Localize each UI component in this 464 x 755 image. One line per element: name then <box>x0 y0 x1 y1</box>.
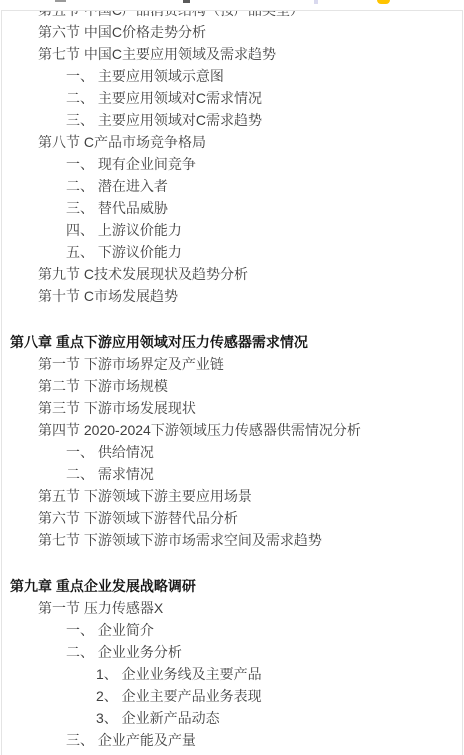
toc-item-label: 第九章 重点企业发展战略调研 <box>10 578 196 594</box>
toc-item: 第三节 下游市场发展现状 <box>2 397 462 419</box>
toc-item: 二、 潜在进入者 <box>2 175 462 197</box>
clipped-text-fragment <box>314 0 318 4</box>
toc-item-label: 二、 主要应用领域对C需求情况 <box>66 90 262 106</box>
toc-item-label: 一、 供给情况 <box>66 444 154 460</box>
toc-item: 第六节 中国C价格走势分析 <box>2 21 462 43</box>
toc-item-label: 第八节 C产品市场竞争格局 <box>38 134 206 150</box>
toc-item-label: 二、 需求情况 <box>66 466 154 482</box>
toc-item-label: 三、 替代品威胁 <box>66 200 168 216</box>
toc-chapter-heading: 第八章 重点下游应用领域对压力传感器需求情况 <box>2 331 462 353</box>
toc-item: 三、 主要应用领域对C需求趋势 <box>2 109 462 131</box>
toc-item-label: 一、 主要应用领域示意图 <box>66 68 224 84</box>
toc-item: 四、 上游议价能力 <box>2 219 462 241</box>
toc-item-label: 二、 潜在进入者 <box>66 178 168 194</box>
toc-item-label: 一、 现有企业间竞争 <box>66 156 196 172</box>
toc-item: 3、 企业新产品动态 <box>2 707 462 729</box>
toc-item-label: 第五节 中国C产品消费结构（按产品类型） <box>38 10 304 18</box>
toc-item-label: 第三节 下游市场发展现状 <box>38 400 196 416</box>
toc-item-label: 第六节 中国C价格走势分析 <box>38 24 206 40</box>
toc-item-label: 五、 下游议价能力 <box>66 244 182 260</box>
toc-item: 一、 企业简介 <box>2 619 462 641</box>
toc-item-label: 三、 主要应用领域对C需求趋势 <box>66 112 262 128</box>
toc-item: 二、 企业业务分析 <box>2 641 462 663</box>
toc-item-label: 2、 企业主要产品业务表现 <box>96 688 262 704</box>
toc-chapter-heading: 第九章 重点企业发展战略调研 <box>2 575 462 597</box>
toc-item: 第二节 下游市场规模 <box>2 375 462 397</box>
toc-item: 第七节 中国C主要应用领域及需求趋势 <box>2 43 462 65</box>
toc-item-label: 第二节 下游市场规模 <box>38 378 168 394</box>
toc-item-label: 1、 企业业务线及主要产品 <box>96 666 262 682</box>
toc-item: 第七节 下游领域下游市场需求空间及需求趋势 <box>2 529 462 551</box>
toc-item-label: 第四节 2020-2024下游领域压力传感器供需情况分析 <box>38 422 361 438</box>
toc-panel: 第五节 中国C产品消费结构（按产品类型）第六节 中国C价格走势分析第七节 中国C… <box>1 10 463 755</box>
toc-item-label: 第一节 下游市场界定及产业链 <box>38 356 224 372</box>
toc-item-label: 第十节 C市场发展趋势 <box>38 288 178 304</box>
clipped-text-fragment <box>55 0 66 2</box>
toc-item: 第五节 中国C产品消费结构（按产品类型） <box>2 10 462 21</box>
toc-item-label: 第六节 下游领域下游替代品分析 <box>38 510 238 526</box>
toc-item: 第五节 下游领域下游主要应用场景 <box>2 485 462 507</box>
toc-item: 第一节 压力传感器X <box>2 597 462 619</box>
toc-item-label: 第七节 中国C主要应用领域及需求趋势 <box>38 46 276 62</box>
toc-item: 一、 主要应用领域示意图 <box>2 65 462 87</box>
clipped-emoji-icon <box>377 0 390 4</box>
toc-item-label: 第七节 下游领域下游市场需求空间及需求趋势 <box>38 532 322 548</box>
toc-item: 第六节 下游领域下游替代品分析 <box>2 507 462 529</box>
toc-item-label: 第九节 C技术发展现状及趋势分析 <box>38 266 248 282</box>
toc-list: 第五节 中国C产品消费结构（按产品类型）第六节 中国C价格走势分析第七节 中国C… <box>2 10 462 751</box>
toc-item-label: 一、 企业简介 <box>66 622 154 638</box>
toc-item: 一、 现有企业间竞争 <box>2 153 462 175</box>
toc-item: 五、 下游议价能力 <box>2 241 462 263</box>
toc-item-label: 三、 企业产能及产量 <box>66 732 196 748</box>
toc-item-label: 第五节 下游领域下游主要应用场景 <box>38 488 252 504</box>
toc-item-label: 四、 上游议价能力 <box>66 222 182 238</box>
toc-item: 第十节 C市场发展趋势 <box>2 285 462 307</box>
toc-item: 一、 供给情况 <box>2 441 462 463</box>
clipped-text-fragment <box>183 0 190 3</box>
toc-item: 2、 企业主要产品业务表现 <box>2 685 462 707</box>
toc-item: 二、 需求情况 <box>2 463 462 485</box>
toc-item: 第四节 2020-2024下游领域压力传感器供需情况分析 <box>2 419 462 441</box>
toc-item-label: 二、 企业业务分析 <box>66 644 182 660</box>
toc-item: 第一节 下游市场界定及产业链 <box>2 353 462 375</box>
toc-item-label: 3、 企业新产品动态 <box>96 710 220 726</box>
toc-item: 第九节 C技术发展现状及趋势分析 <box>2 263 462 285</box>
toc-item: 三、 企业产能及产量 <box>2 729 462 751</box>
toc-item: 三、 替代品威胁 <box>2 197 462 219</box>
toc-item: 第八节 C产品市场竞争格局 <box>2 131 462 153</box>
toc-item-label: 第八章 重点下游应用领域对压力传感器需求情况 <box>10 334 308 350</box>
toc-item: 二、 主要应用领域对C需求情况 <box>2 87 462 109</box>
toc-item: 1、 企业业务线及主要产品 <box>2 663 462 685</box>
toc-item-label: 第一节 压力传感器X <box>38 600 163 616</box>
